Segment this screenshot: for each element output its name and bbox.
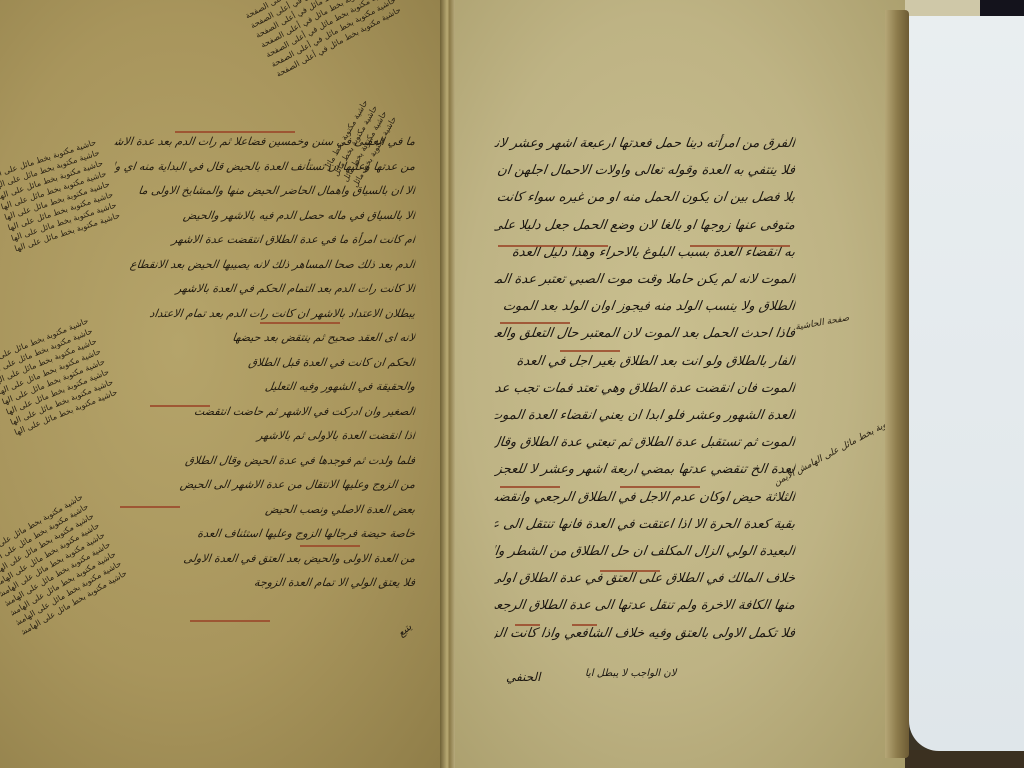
rubric-underline bbox=[190, 620, 270, 622]
text-line: الطلاق ولا ينسب الولد منه فيجوز اوان الو… bbox=[493, 293, 797, 320]
text-line: خاصة حيضة فرجالها الزوج وعليها استئناف ا… bbox=[113, 522, 416, 547]
rubric-underline bbox=[560, 350, 620, 352]
text-line: العدة الشهور وعشر فلو ابدا ان يعني انقضا… bbox=[493, 402, 797, 429]
text-line: ما في العقبى في سنن وخمسين فضاعلا ثم رات… bbox=[113, 130, 416, 155]
text-line: الا ان بالسياق واهمال الحاضر الحيض منها … bbox=[113, 179, 416, 204]
text-line: من العدة الاولى والحيض بعد العتق في العد… bbox=[113, 547, 416, 572]
text-line: متوفى عنها زوجها او بالغا لان وضع الحمل … bbox=[493, 212, 797, 239]
text-line: من الزوج وعليها الانتقال من عدة الاشهر ا… bbox=[113, 473, 416, 498]
rubric-underline bbox=[498, 245, 608, 247]
text-line: والحقيقة في الشهور وفيه التعليل bbox=[113, 375, 416, 400]
rubric-underline bbox=[690, 245, 790, 247]
background-top bbox=[900, 0, 1024, 16]
text-line: البعيدة الولي الزال المكلف ان حل الطلاق … bbox=[493, 538, 797, 565]
left-page: حاشية مكتوبة بخط مائل في أعلى الصفحة حاش… bbox=[0, 0, 447, 768]
text-line: الفرق من امرأته دينا حمل فعدتها ارعبعة ا… bbox=[493, 130, 797, 157]
text-line: بلا فصل بين ان يكون الحمل منه او من غيره… bbox=[493, 184, 797, 211]
background-dark-corner bbox=[980, 0, 1024, 16]
text-line: فلما ولدت ثم فوجدها في عدة الحيض وقال ال… bbox=[113, 449, 416, 474]
rubric-underline bbox=[515, 624, 540, 626]
page-edge-stack bbox=[885, 10, 909, 758]
text-line: بعض العدة الاصلي ونصب الحيض bbox=[113, 498, 416, 523]
rubric-underline bbox=[175, 131, 295, 133]
rubric-underline bbox=[500, 322, 570, 324]
text-line: منها الكافة الاخرة ولم تنقل عدتها الى عد… bbox=[493, 592, 797, 619]
text-line: الموت فان انقضت عدة الطلاق وهي تعتد فمات… bbox=[493, 375, 797, 402]
rubric-underline bbox=[260, 322, 340, 324]
rubric-underline bbox=[500, 486, 560, 488]
text-line: الموت لانه لم يكن حاملا وقت موت الصبي تع… bbox=[493, 266, 797, 293]
text-line: الا بالسياق في ماله حصل الدم فيه بالاشهر… bbox=[113, 204, 416, 229]
rubric-underline bbox=[600, 570, 660, 572]
rubric-underline bbox=[300, 545, 360, 547]
background-bottom bbox=[905, 750, 1024, 768]
text-line: الموت ثم تستقبل عدة الطلاق ثم تبعتي عدة … bbox=[493, 429, 797, 456]
rubric-underline bbox=[120, 506, 180, 508]
rubric-underline bbox=[572, 624, 597, 626]
text-line: الفار بالطلاق ولو انت بعد الطلاق بغير اج… bbox=[493, 348, 797, 375]
text-line: فاذا احدث الحمل بعد الموت لان المعتبر حا… bbox=[493, 320, 797, 347]
text-line: ام كانت امرأة ما في عدة الطلاق انتقضت عد… bbox=[113, 228, 416, 253]
text-line: به انقضاء العدة بسبب البلوغ بالاحراء وهذ… bbox=[493, 239, 797, 266]
corner-note: يتبع bbox=[396, 622, 414, 640]
text-line: من عدتها وعليها ان تستأنف العدة بالحيض ق… bbox=[113, 155, 416, 180]
text-line: بقية كعدة الحرة الا اذا اعتقت في العدة ف… bbox=[493, 511, 797, 538]
text-line: الدم بعد ذلك صحا المساهر ذلك لانه يصيبها… bbox=[113, 253, 416, 278]
text-line: اذا انقضت العدة بالاولى ثم بالاشهر bbox=[113, 424, 416, 449]
signature-left: الحنفي bbox=[506, 670, 540, 684]
text-line: الا كانت رات الدم بعد التمام الحكم في ال… bbox=[113, 277, 416, 302]
rubric-underline bbox=[150, 405, 210, 407]
rubric-underline bbox=[620, 486, 700, 488]
signature-center: لان الواجب لا يبطل ايا bbox=[585, 668, 676, 679]
text-line: لانه اى العقد صحيح ثم ينتقض بعد حيضها bbox=[113, 326, 416, 351]
text-line: فلا يعتق الولي الا تمام العدة الزوجة bbox=[113, 571, 416, 596]
text-line: لعدة الخ تنقضي عدتها بمضي اربعة اشهر وعش… bbox=[493, 456, 797, 483]
blank-paper-sheet bbox=[909, 16, 1024, 751]
left-page-main-text: ما في العقبى في سنن وخمسين فضاعلا ثم رات… bbox=[115, 130, 415, 596]
text-line: الحكم ان كانت في العدة قبل الطلاق bbox=[113, 351, 416, 376]
text-line: الصغير وان ادركت في الاشهر ثم حاضت انتقض… bbox=[113, 400, 416, 425]
text-line: فلا ينتفي به العدة وقوله تعالى واولات ال… bbox=[493, 157, 797, 184]
book-gutter bbox=[440, 0, 456, 768]
